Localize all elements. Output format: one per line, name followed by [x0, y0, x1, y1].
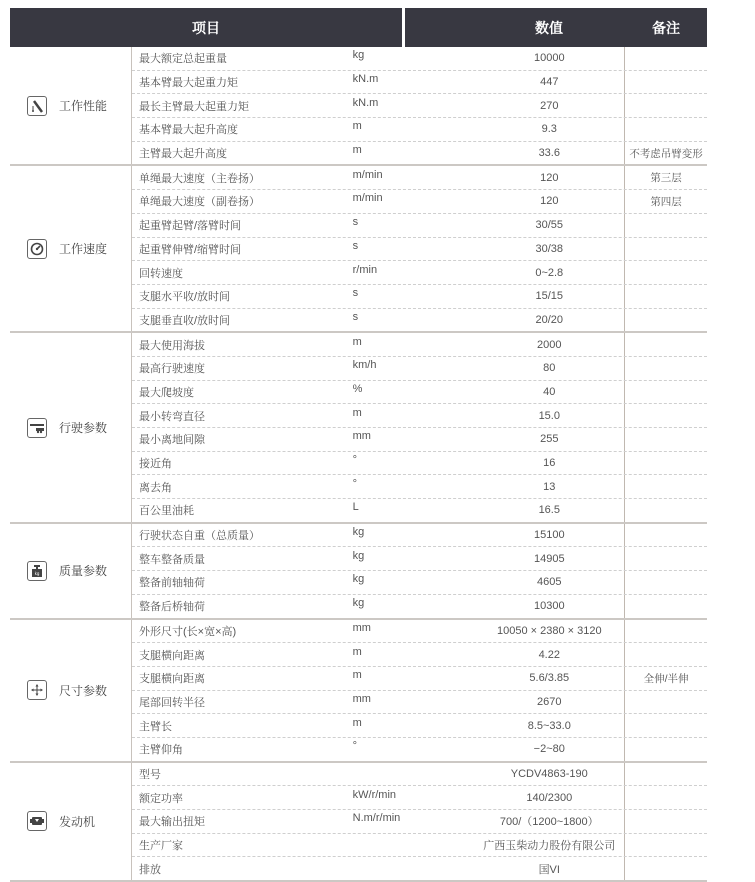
param-value: 9.3 — [474, 123, 624, 135]
table-row: 单绳最大速度（主卷扬）m/min120第三层 — [132, 166, 707, 189]
param-name: 最高行驶速度 — [132, 360, 350, 376]
table-row: 最大爬坡度%40 — [132, 380, 707, 404]
param-value: 20/20 — [474, 314, 624, 326]
param-value: 0~2.8 — [474, 267, 624, 279]
category-cell: kg质量参数 — [10, 524, 132, 618]
param-unit: s — [350, 216, 475, 228]
table-row: 排放国VI — [132, 856, 707, 880]
param-value: 2000 — [474, 339, 624, 351]
param-unit: s — [350, 311, 475, 323]
param-note — [624, 475, 707, 498]
param-name: 单绳最大速度（副卷扬） — [132, 193, 350, 209]
param-name: 回转速度 — [132, 265, 350, 281]
table-row: 最小离地间隙mm255 — [132, 427, 707, 451]
param-note — [624, 763, 707, 786]
weight-kg-icon: kg — [27, 561, 47, 581]
param-value: 14905 — [474, 553, 624, 565]
param-value: 10050 × 2380 × 3120 — [474, 625, 624, 637]
param-note — [624, 333, 707, 356]
param-value: 16 — [474, 457, 624, 469]
param-value: 140/2300 — [474, 792, 624, 804]
param-unit: r/min — [350, 264, 475, 276]
param-name: 生产厂家 — [132, 837, 350, 853]
param-name: 外形尺寸(长×宽×高) — [132, 623, 350, 639]
param-note — [624, 595, 707, 618]
param-value: 8.5~33.0 — [474, 720, 624, 732]
param-unit: m — [350, 717, 475, 729]
param-unit: kg — [350, 526, 475, 538]
spec-table: 工作性能最大额定总起重量kg10000基本臂最大起重力矩kN.m447最长主臂最… — [10, 47, 707, 882]
param-name: 额定功率 — [132, 790, 350, 806]
table-row: 整备前轴轴荷kg4605 — [132, 570, 707, 594]
table-row: 支腿横向距离m5.6/3.85全伸/半伸 — [132, 666, 707, 690]
table-row: 型号YCDV4863-190 — [132, 763, 707, 786]
param-value: 13 — [474, 481, 624, 493]
param-name: 起重臂起臂/落臂时间 — [132, 217, 350, 233]
param-note — [624, 285, 707, 308]
spec-group: 行驶参数最大使用海拔m2000最高行驶速度km/h80最大爬坡度%40最小转弯直… — [10, 333, 707, 524]
param-note — [624, 786, 707, 809]
param-note — [624, 381, 707, 404]
param-name: 最大输出扭矩 — [132, 813, 350, 829]
param-name: 型号 — [132, 766, 350, 782]
param-name: 基本臂最大起重力矩 — [132, 74, 350, 90]
spec-group: 工作性能最大额定总起重量kg10000基本臂最大起重力矩kN.m447最长主臂最… — [10, 47, 707, 166]
table-row: 行驶状态自重（总质量）kg15100 — [132, 524, 707, 547]
table-row: 主臂仰角°−2~80 — [132, 737, 707, 761]
header-value: 数值 — [405, 8, 625, 47]
param-name: 接近角 — [132, 455, 350, 471]
param-note — [624, 214, 707, 237]
param-unit: kW/r/min — [350, 789, 475, 801]
param-note — [624, 261, 707, 284]
param-value: 2670 — [474, 696, 624, 708]
param-unit: kg — [350, 597, 475, 609]
param-note — [624, 452, 707, 475]
param-unit: kg — [350, 49, 475, 61]
param-name: 支腿横向距离 — [132, 670, 350, 686]
param-note — [624, 834, 707, 857]
param-unit: m — [350, 336, 475, 348]
param-unit: m/min — [350, 192, 475, 204]
param-unit: m — [350, 669, 475, 681]
param-value: 255 — [474, 433, 624, 445]
table-row: 最长主臂最大起重力矩kN.m270 — [132, 93, 707, 117]
table-row: 最大输出扭矩N.m/r/min700/（1200~1800） — [132, 809, 707, 833]
param-name: 支腿垂直收/放时间 — [132, 312, 350, 328]
category-label: 工作速度 — [59, 240, 107, 257]
spec-group: 发动机型号YCDV4863-190额定功率kW/r/min140/2300最大输… — [10, 763, 707, 882]
param-unit: mm — [350, 693, 475, 705]
param-value: 10000 — [474, 52, 624, 64]
speedometer-icon — [27, 239, 47, 259]
table-row: 离去角°13 — [132, 474, 707, 498]
param-note — [624, 524, 707, 547]
param-note — [624, 94, 707, 117]
category-cell: 行驶参数 — [10, 333, 132, 522]
engine-icon — [27, 811, 47, 831]
param-unit: ° — [350, 454, 475, 466]
param-note — [624, 357, 707, 380]
param-unit: % — [350, 383, 475, 395]
param-unit: ° — [350, 478, 475, 490]
table-row: 生产厂家广西玉柴动力股份有限公司 — [132, 833, 707, 857]
param-name: 整备前轴轴荷 — [132, 574, 350, 590]
param-name: 起重臂伸臂/缩臂时间 — [132, 241, 350, 257]
table-row: 最大额定总起重量kg10000 — [132, 47, 707, 70]
table-row: 单绳最大速度（副卷扬）m/min120第四层 — [132, 189, 707, 213]
param-value: −2~80 — [474, 743, 624, 755]
spec-group: 尺寸参数外形尺寸(长×宽×高)mm10050 × 2380 × 3120支腿横向… — [10, 620, 707, 763]
param-name: 支腿横向距离 — [132, 647, 350, 663]
param-note: 第三层 — [624, 166, 707, 189]
param-name: 主臂仰角 — [132, 741, 350, 757]
header-note: 备注 — [625, 8, 707, 47]
table-row: 尾部回转半径mm2670 — [132, 690, 707, 714]
move-arrows-icon — [27, 680, 47, 700]
param-name: 百公里油耗 — [132, 502, 350, 518]
param-note: 全伸/半伸 — [624, 667, 707, 690]
param-name: 最小转弯直径 — [132, 408, 350, 424]
param-unit: m — [350, 120, 475, 132]
table-row: 外形尺寸(长×宽×高)mm10050 × 2380 × 3120 — [132, 620, 707, 643]
table-row: 额定功率kW/r/min140/2300 — [132, 785, 707, 809]
category-cell: 尺寸参数 — [10, 620, 132, 761]
param-note — [624, 857, 707, 880]
category-label: 尺寸参数 — [59, 682, 107, 699]
category-label: 发动机 — [59, 813, 95, 830]
param-value: 10300 — [474, 600, 624, 612]
table-header: 项目 数值 备注 — [10, 8, 707, 47]
category-label: 质量参数 — [59, 562, 107, 579]
spec-group: kg质量参数行驶状态自重（总质量）kg15100整车整备质量kg14905整备前… — [10, 524, 707, 620]
category-cell: 工作性能 — [10, 47, 132, 164]
param-name: 尾部回转半径 — [132, 694, 350, 710]
param-value: 120 — [474, 195, 624, 207]
param-value: 270 — [474, 100, 624, 112]
category-label: 行驶参数 — [59, 419, 107, 436]
param-value: 15/15 — [474, 290, 624, 302]
param-unit: kN.m — [350, 73, 475, 85]
param-name: 行驶状态自重（总质量） — [132, 527, 350, 543]
param-value: YCDV4863-190 — [474, 768, 624, 780]
category-cell: 发动机 — [10, 763, 132, 880]
param-name: 主臂最大起升高度 — [132, 145, 350, 161]
param-note — [624, 810, 707, 833]
param-value: 15.0 — [474, 410, 624, 422]
param-unit: mm — [350, 430, 475, 442]
category-label: 工作性能 — [59, 97, 107, 114]
param-unit: s — [350, 287, 475, 299]
param-note — [624, 547, 707, 570]
param-unit: m — [350, 144, 475, 156]
param-note — [624, 404, 707, 427]
param-name: 排放 — [132, 861, 350, 877]
param-note — [624, 499, 707, 522]
param-note — [624, 309, 707, 332]
param-name: 基本臂最大起升高度 — [132, 121, 350, 137]
param-unit: s — [350, 240, 475, 252]
param-name: 最长主臂最大起重力矩 — [132, 98, 350, 114]
param-unit: kN.m — [350, 97, 475, 109]
table-row: 起重臂伸臂/缩臂时间s30/38 — [132, 237, 707, 261]
param-name: 最大额定总起重量 — [132, 50, 350, 66]
param-unit: m — [350, 646, 475, 658]
param-name: 整备后桥轴荷 — [132, 598, 350, 614]
table-row: 起重臂起臂/落臂时间s30/55 — [132, 213, 707, 237]
param-value: 广西玉柴动力股份有限公司 — [474, 837, 624, 853]
table-row: 支腿水平收/放时间s15/15 — [132, 284, 707, 308]
spec-group: 工作速度单绳最大速度（主卷扬）m/min120第三层单绳最大速度（副卷扬）m/m… — [10, 166, 707, 333]
param-unit: kg — [350, 550, 475, 562]
svg-text:kg: kg — [35, 571, 40, 576]
table-row: 基本臂最大起升高度m9.3 — [132, 117, 707, 141]
param-unit: kg — [350, 573, 475, 585]
param-unit: m — [350, 407, 475, 419]
param-value: 30/55 — [474, 219, 624, 231]
crane-boom-icon — [27, 96, 47, 116]
param-unit: m/min — [350, 169, 475, 181]
param-note — [624, 238, 707, 261]
param-value: 4.22 — [474, 649, 624, 661]
param-note — [624, 620, 707, 643]
param-note — [624, 571, 707, 594]
table-row: 整车整备质量kg14905 — [132, 546, 707, 570]
param-unit: N.m/r/min — [350, 812, 475, 824]
param-value: 15100 — [474, 529, 624, 541]
param-note — [624, 738, 707, 761]
param-note — [624, 714, 707, 737]
param-note — [624, 428, 707, 451]
param-note: 不考虑吊臂变形 — [624, 142, 707, 165]
param-unit: ° — [350, 740, 475, 752]
header-item: 项目 — [10, 8, 402, 47]
table-row: 主臂长m8.5~33.0 — [132, 713, 707, 737]
param-unit: mm — [350, 622, 475, 634]
param-value: 33.6 — [474, 147, 624, 159]
param-value: 5.6/3.85 — [474, 672, 624, 684]
param-note — [624, 71, 707, 94]
param-name: 整车整备质量 — [132, 551, 350, 567]
param-note — [624, 118, 707, 141]
param-value: 4605 — [474, 576, 624, 588]
table-row: 支腿横向距离m4.22 — [132, 642, 707, 666]
table-row: 最小转弯直径m15.0 — [132, 403, 707, 427]
truck-icon — [27, 418, 47, 438]
param-note — [624, 643, 707, 666]
param-value: 700/（1200~1800） — [474, 813, 624, 829]
param-unit: L — [350, 501, 475, 513]
param-name: 主臂长 — [132, 718, 350, 734]
param-value: 16.5 — [474, 504, 624, 516]
table-row: 百公里油耗L16.5 — [132, 498, 707, 522]
param-value: 30/38 — [474, 243, 624, 255]
table-row: 基本臂最大起重力矩kN.m447 — [132, 70, 707, 94]
param-name: 单绳最大速度（主卷扬） — [132, 170, 350, 186]
table-row: 最大使用海拔m2000 — [132, 333, 707, 356]
param-note — [624, 691, 707, 714]
param-name: 离去角 — [132, 479, 350, 495]
category-cell: 工作速度 — [10, 166, 132, 331]
param-value: 447 — [474, 76, 624, 88]
param-note — [624, 47, 707, 70]
table-row: 整备后桥轴荷kg10300 — [132, 594, 707, 618]
table-row: 接近角°16 — [132, 451, 707, 475]
param-name: 支腿水平收/放时间 — [132, 288, 350, 304]
param-value: 120 — [474, 172, 624, 184]
param-value: 国VI — [474, 861, 624, 877]
table-row: 主臂最大起升高度m33.6不考虑吊臂变形 — [132, 141, 707, 165]
param-note: 第四层 — [624, 190, 707, 213]
param-name: 最小离地间隙 — [132, 431, 350, 447]
table-row: 最高行驶速度km/h80 — [132, 356, 707, 380]
table-row: 回转速度r/min0~2.8 — [132, 260, 707, 284]
param-name: 最大使用海拔 — [132, 337, 350, 353]
param-unit: km/h — [350, 359, 475, 371]
param-value: 80 — [474, 362, 624, 374]
param-name: 最大爬坡度 — [132, 384, 350, 400]
table-row: 支腿垂直收/放时间s20/20 — [132, 308, 707, 332]
param-value: 40 — [474, 386, 624, 398]
